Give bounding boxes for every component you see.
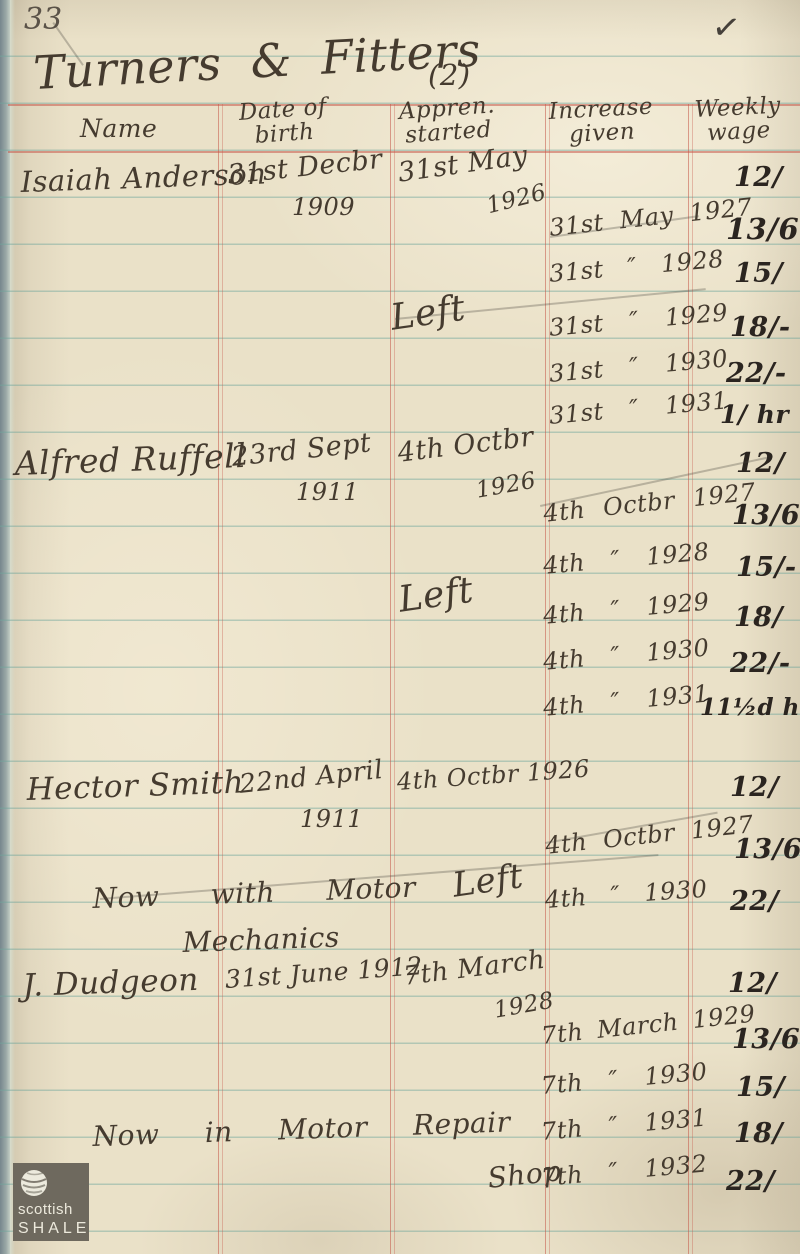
header-increase: Increase given	[548, 95, 655, 149]
increase-wage: 13/6	[732, 1024, 800, 1055]
checkmark: ✓	[709, 6, 743, 50]
increase-wage: 22/-	[726, 358, 787, 389]
entry-name: J. Dudgeon	[22, 962, 199, 1004]
header-bottom-line	[8, 151, 800, 153]
entry-started: 4th Octbr	[396, 421, 536, 468]
entry-status: Left	[450, 856, 526, 905]
entry-note: Mechanics	[182, 921, 340, 959]
entry-started-year: 1926	[484, 179, 549, 219]
increase-date: 4th Octbr 1927	[544, 810, 755, 860]
increase-wage: 13/6	[734, 834, 800, 865]
increase-date: 7th ″ 1930	[540, 1057, 708, 1099]
entry-dob-year: 1909	[292, 193, 355, 221]
entry-initial-wage: 12/	[736, 448, 785, 479]
increase-wage: 1/ hr	[720, 400, 789, 429]
increase-date: 31st May 1927	[548, 193, 754, 242]
entry-note: Now in Motor Repair	[92, 1105, 511, 1153]
header-wage: Weekly wage	[694, 93, 783, 146]
entry-started: 4th Octbr 1926	[396, 755, 591, 796]
increase-wage: 11½d hr	[700, 694, 800, 721]
entry-status: Left	[396, 570, 476, 621]
increase-date: 31st ″ 1931	[548, 386, 729, 430]
header-name: Name	[80, 114, 157, 143]
watermark-line1: scottish	[18, 1201, 73, 1218]
increase-date: 7th ″ 1932	[540, 1149, 708, 1191]
watermark-line2: SHALE	[18, 1220, 90, 1238]
page-title: Turners & Fitters	[32, 23, 482, 100]
column-line-name	[218, 104, 223, 1254]
increase-wage: 22/	[726, 1166, 775, 1197]
increase-date: 4th ″ 1929	[542, 587, 710, 629]
increase-wage: 15/	[734, 258, 783, 289]
header-dob: Date of birth	[238, 95, 329, 149]
entry-started-year: 1926	[474, 467, 538, 503]
ledger-page: 33 ✓ Turners & Fitters (2) Name Date of …	[0, 0, 800, 1254]
entry-dob-year: 1911	[300, 805, 363, 833]
increase-date: 4th ″ 1930	[542, 633, 710, 675]
increase-date: 31st ″ 1930	[548, 344, 729, 388]
increase-date: 4th ″ 1931	[542, 679, 710, 721]
increase-date: 4th Octbr 1927	[542, 478, 757, 528]
increase-wage: 15/	[736, 1072, 785, 1103]
increase-wage: 18/-	[730, 312, 791, 343]
increase-wage: 13/6	[726, 212, 799, 246]
increase-wage: 15/-	[736, 552, 797, 583]
increase-date: 31st ″ 1929	[548, 298, 729, 342]
increase-date: 4th ″ 1928	[542, 537, 710, 579]
page-number: 33	[24, 2, 62, 37]
increase-wage: 13/6	[732, 500, 800, 531]
entry-name: Hector Smith	[26, 764, 245, 808]
scottish-shale-watermark: scottish SHALE	[13, 1163, 89, 1241]
entry-initial-wage: 12/	[730, 772, 779, 803]
increase-date: 7th ″ 1931	[540, 1103, 708, 1145]
entry-dob: 23rd Sept	[230, 427, 373, 472]
column-line-dob	[390, 104, 395, 1254]
header-started: Appren. started	[398, 93, 497, 148]
increase-date: 7th March 1929	[540, 1000, 757, 1050]
increase-wage: 18/	[734, 602, 783, 633]
entry-dob-year: 1911	[296, 478, 359, 506]
entry-initial-wage: 12/	[734, 162, 783, 193]
entry-dob: 22nd April	[238, 755, 385, 800]
increase-date: 4th ″ 1930	[544, 875, 708, 914]
entry-name: Alfred Ruffell	[14, 436, 247, 483]
increase-date: 31st ″ 1928	[548, 245, 725, 288]
globe-icon	[19, 1168, 49, 1198]
increase-wage: 22/	[730, 886, 779, 917]
page-edge-highlight	[10, 0, 15, 1254]
book-binding-edge	[0, 0, 10, 1254]
increase-wage: 22/-	[730, 648, 791, 679]
entry-started: 7th March	[402, 945, 547, 992]
page-title-suffix: (2)	[428, 58, 471, 92]
increase-wage: 18/	[734, 1118, 783, 1149]
entry-initial-wage: 12/	[728, 968, 777, 999]
